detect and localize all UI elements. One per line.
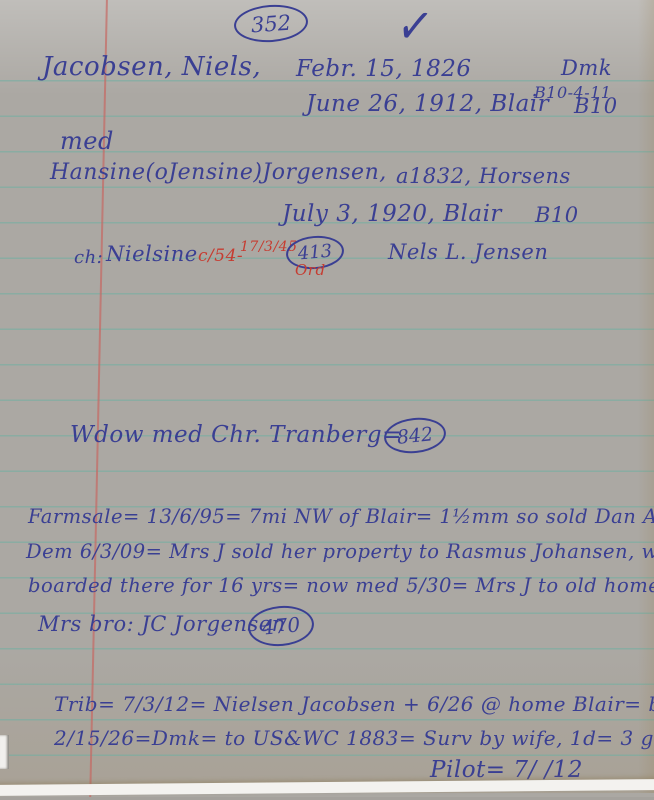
page-right-shadow [638,0,654,793]
spouse-name: Hansine(oJensine)Jorgensen, [50,161,387,185]
note-line-3: boarded there for 16 yrs= now med 5/30= … [28,575,654,596]
children-label: ch: [74,248,103,268]
person-name: Jacobsen, Niels, [42,53,261,82]
obituary-line-1: Trib= 7/3/12= Nielsen Jacobsen + 6/26 @ … [54,693,654,715]
married-label: med [60,128,114,154]
birth-date: Febr. 15, 1826 [296,57,472,82]
remarriage-ref: 842 [396,423,434,449]
birth-country: Dmk [561,57,612,80]
death-date: June 26, 1912, Blair [306,92,549,117]
remarriage-note: Wdow med Chr. Tranberg= [70,423,402,448]
obituary-line-2: 2/15/26=Dmk= to US&WC 1883= Surv by wife… [54,727,654,749]
spouse-birth: a1832, Horsens [396,165,571,188]
notebook-page: 352 ✓ Jacobsen, Niels, Febr. 15, 1826 Dm… [0,0,654,793]
spouse-death-ref: B10 [535,204,579,227]
child-red-note-1: c/54- [198,247,243,266]
spouse-death: July 3, 1920, Blair [282,202,502,227]
note-ref: 470 [261,612,301,639]
child-name: Nielsine [106,243,198,266]
paper-tear [0,735,9,769]
note-line-2: Dem 6/3/09= Mrs J sold her property to R… [26,541,654,562]
note-line-1: Farmsale= 13/6/95= 7mi NW of Blair= 1½mm… [28,506,654,527]
scanned-ledger-page: 352 ✓ Jacobsen, Niels, Febr. 15, 1826 Dm… [0,0,654,800]
child-red-note-3: Ord [295,262,326,279]
child-spouse: Nels L. Jensen [388,241,548,264]
page-number: 352 [250,10,292,37]
death-ref: B10 [574,95,618,118]
